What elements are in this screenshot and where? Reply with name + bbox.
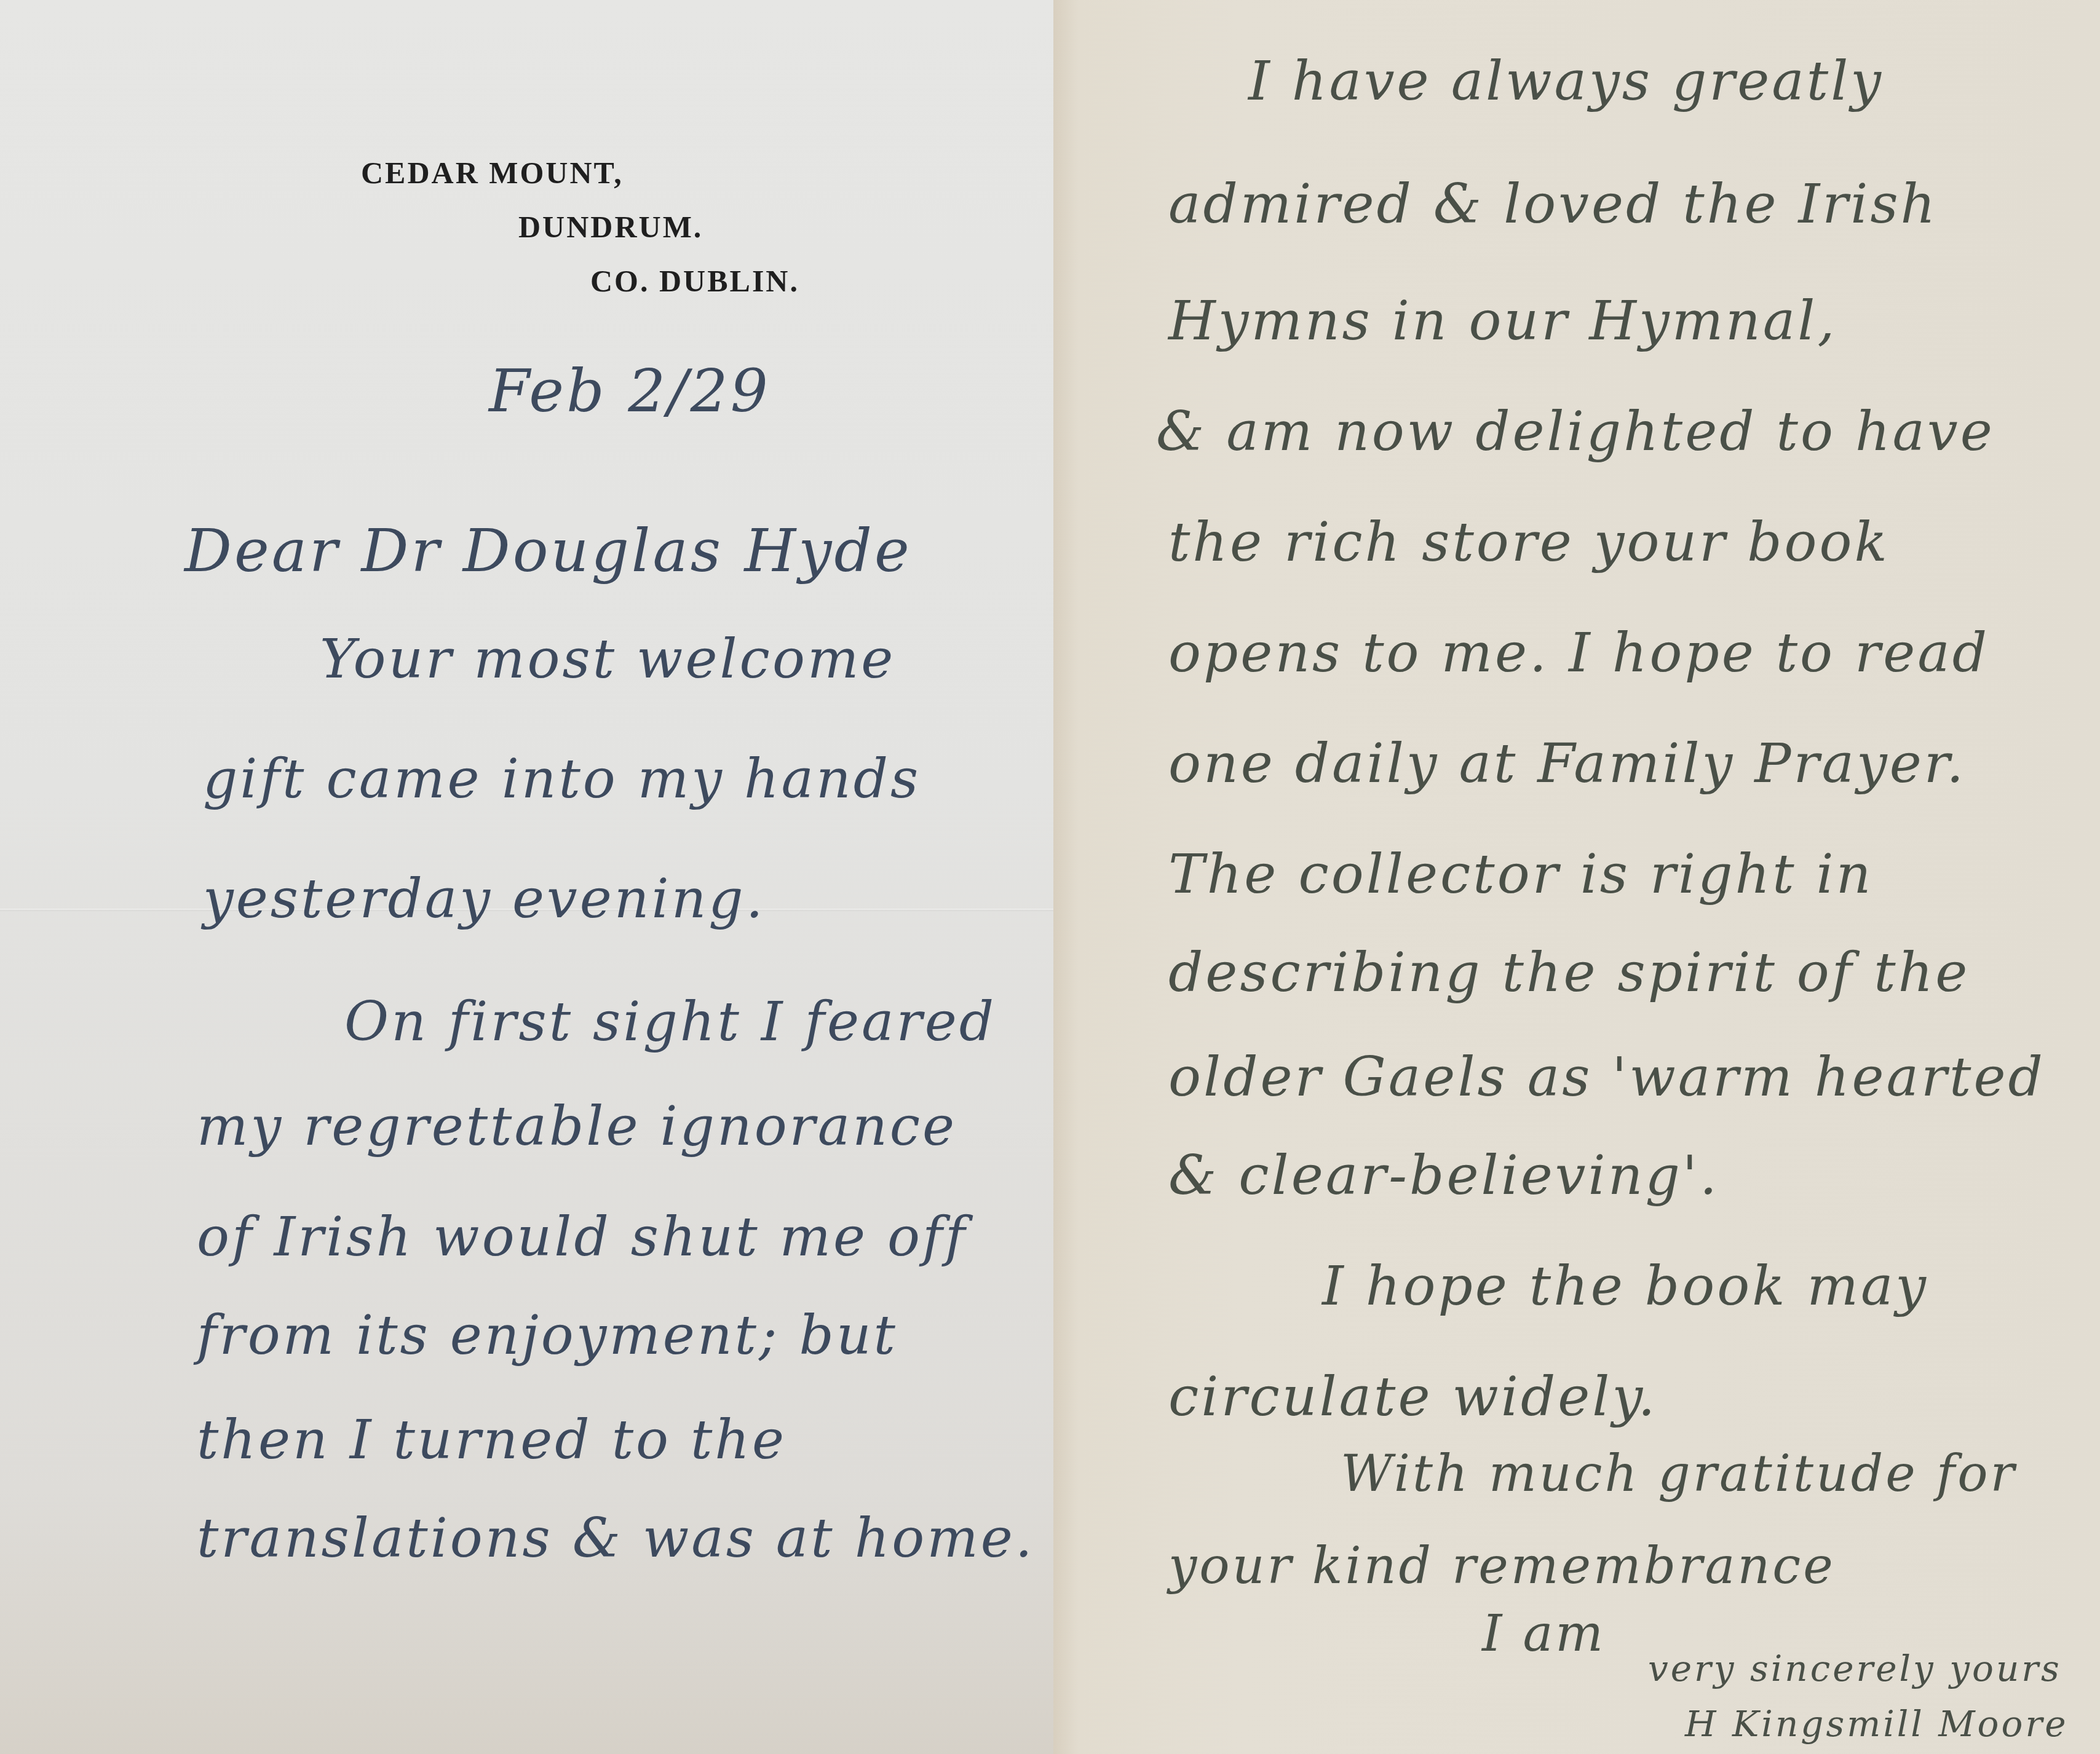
body-line: The collector is right in (1168, 842, 1873, 906)
body-line: I have always greatly (1248, 49, 1884, 113)
body-line: Hymns in our Hymnal, (1168, 289, 1837, 352)
body-line: translations & was at home. (197, 1506, 1035, 1570)
body-line: describing the spirit of the (1168, 941, 1970, 1004)
closing: very sincerely yours (1648, 1648, 2062, 1689)
body-line: circulate widely. (1168, 1365, 1658, 1428)
body-line: & am now delighted to have (1156, 400, 1995, 463)
signature: H Kingsmill Moore (1685, 1703, 2069, 1745)
body-line: one daily at Family Prayer. (1168, 732, 1966, 795)
body-line: the rich store your book (1168, 510, 1890, 574)
body-line: On first sight I feared (344, 990, 996, 1053)
salutation: Dear Dr Douglas Hyde (184, 516, 912, 585)
body-line: from its enjoyment; but (197, 1303, 898, 1367)
body-line: yesterday evening. (203, 867, 766, 930)
letter-date: Feb 2/29 (489, 357, 771, 425)
body-line: With much gratitude for (1341, 1445, 2017, 1503)
body-line: older Gaels as 'warm hearted (1168, 1045, 2045, 1108)
letterhead-line-3: CO. DUBLIN. (590, 263, 799, 299)
letterhead-line-2: DUNDRUM. (518, 209, 703, 245)
letter-page-left: CEDAR MOUNT, DUNDRUM. CO. DUBLIN. Feb 2/… (0, 0, 1053, 1754)
body-line: & clear-believing'. (1168, 1144, 1719, 1207)
body-line: then I turned to the (197, 1408, 787, 1471)
body-line: of Irish would shut me off (197, 1205, 967, 1268)
body-line: Your most welcome (320, 627, 895, 690)
body-line: opens to me. I hope to read (1168, 621, 1989, 684)
body-line: my regrettable ignorance (197, 1094, 957, 1158)
body-line: I hope the book may (1322, 1254, 1928, 1317)
body-line: gift came into my hands (203, 747, 921, 810)
body-line: your kind remembrance (1168, 1537, 1836, 1595)
body-line: admired & loved the Irish (1168, 172, 1938, 235)
body-line: I am (1482, 1605, 1606, 1663)
letterhead-line-1: CEDAR MOUNT, (361, 155, 624, 191)
